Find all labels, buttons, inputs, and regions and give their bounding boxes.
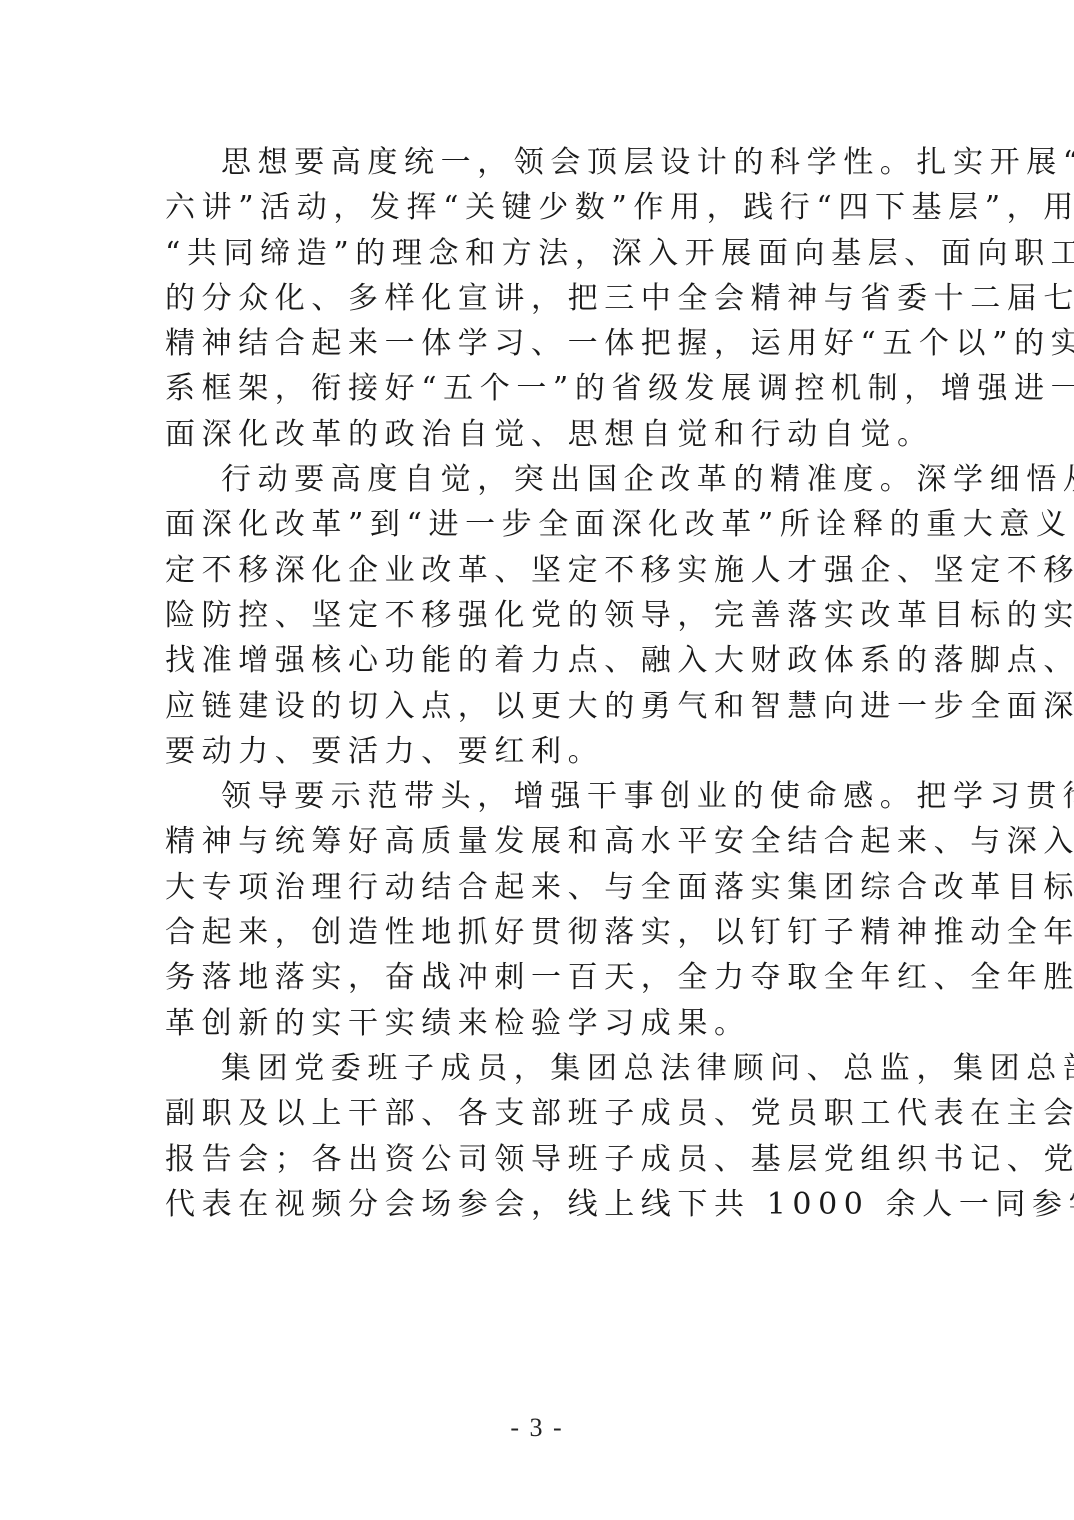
text-line: 的分众化、多样化宣讲，把三中全会精神与省委十二届七次全会 xyxy=(165,276,913,321)
text-line: 合起来，创造性地抓好贯彻落实，以钉钉子精神推动全年各项任 xyxy=(165,910,913,955)
text-line: 行动要高度自觉，突出国企改革的精准度。深学细悟从“全 xyxy=(165,457,913,502)
text-line: 务落地落实，奋战冲刺一百天，全力夺取全年红、全年胜，以改 xyxy=(165,955,913,1000)
text-line: “共同缔造”的理念和方法，深入开展面向基层、面向职工群众 xyxy=(165,231,913,276)
text-line: 领导要示范带头，增强干事创业的使命感。把学习贯彻全会 xyxy=(165,774,913,819)
text-line: 报告会；各出资公司领导班子成员、基层党组织书记、党员职工 xyxy=(165,1137,913,1182)
text-line: 找准增强核心功能的着力点、融入大财政体系的落脚点、强化供 xyxy=(165,638,913,683)
text-line: 大专项治理行动结合起来、与全面落实集团综合改革目标任务结 xyxy=(165,865,913,910)
text-line: 精神结合起来一体学习、一体把握，运用好“五个以”的实践体 xyxy=(165,321,913,366)
paragraph-attendees: 集团党委班子成员，集团总法律顾问、总监，集团总部中层 副职及以上干部、各支部班子… xyxy=(165,1046,915,1227)
text-line: 代表在视频分会场参会，线上线下共 1000 余人一同参学。 xyxy=(165,1182,913,1227)
text-line: 定不移深化企业改革、坚定不移实施人才强企、坚定不移抓好风 xyxy=(165,548,913,593)
text-line: 副职及以上干部、各支部班子成员、党员职工代表在主会场参加 xyxy=(165,1091,913,1136)
text-line: 应链建设的切入点，以更大的勇气和智慧向进一步全面深化改革 xyxy=(165,684,913,729)
text-line: 精神与统筹好高质量发展和高水平安全结合起来、与深入推进三 xyxy=(165,819,913,864)
paragraph-unity: 思想要高度统一，领会顶层设计的科学性。扎实开展“六学 六讲”活动，发挥“关键少数… xyxy=(165,140,915,457)
text-line: 面深化改革”到“进一步全面深化改革”所诠释的重大意义，坚 xyxy=(165,502,913,547)
text-line: 思想要高度统一，领会顶层设计的科学性。扎实开展“六学 xyxy=(165,140,913,185)
text-line: 集团党委班子成员，集团总法律顾问、总监，集团总部中层 xyxy=(165,1046,913,1091)
text-line: 险防控、坚定不移强化党的领导，完善落实改革目标的实践路径， xyxy=(165,593,913,638)
document-page: 思想要高度统一，领会顶层设计的科学性。扎实开展“六学 六讲”活动，发挥“关键少数… xyxy=(0,0,1074,1520)
page-number: - 3 - xyxy=(0,1412,1074,1444)
text-line: 面深化改革的政治自觉、思想自觉和行动自觉。 xyxy=(165,412,913,457)
body-text: 思想要高度统一，领会顶层设计的科学性。扎实开展“六学 六讲”活动，发挥“关键少数… xyxy=(165,140,915,1227)
text-line: 革创新的实干实绩来检验学习成果。 xyxy=(165,1001,913,1046)
paragraph-action: 行动要高度自觉，突出国企改革的精准度。深学细悟从“全 面深化改革”到“进一步全面… xyxy=(165,457,915,774)
paragraph-leadership: 领导要示范带头，增强干事创业的使命感。把学习贯彻全会 精神与统筹好高质量发展和高… xyxy=(165,774,915,1046)
text-line: 六讲”活动，发挥“关键少数”作用，践行“四下基层”，用好 xyxy=(165,185,913,230)
text-line: 系框架，衔接好“五个一”的省级发展调控机制，增强进一步全 xyxy=(165,366,913,411)
text-line: 要动力、要活力、要红利。 xyxy=(165,729,913,774)
